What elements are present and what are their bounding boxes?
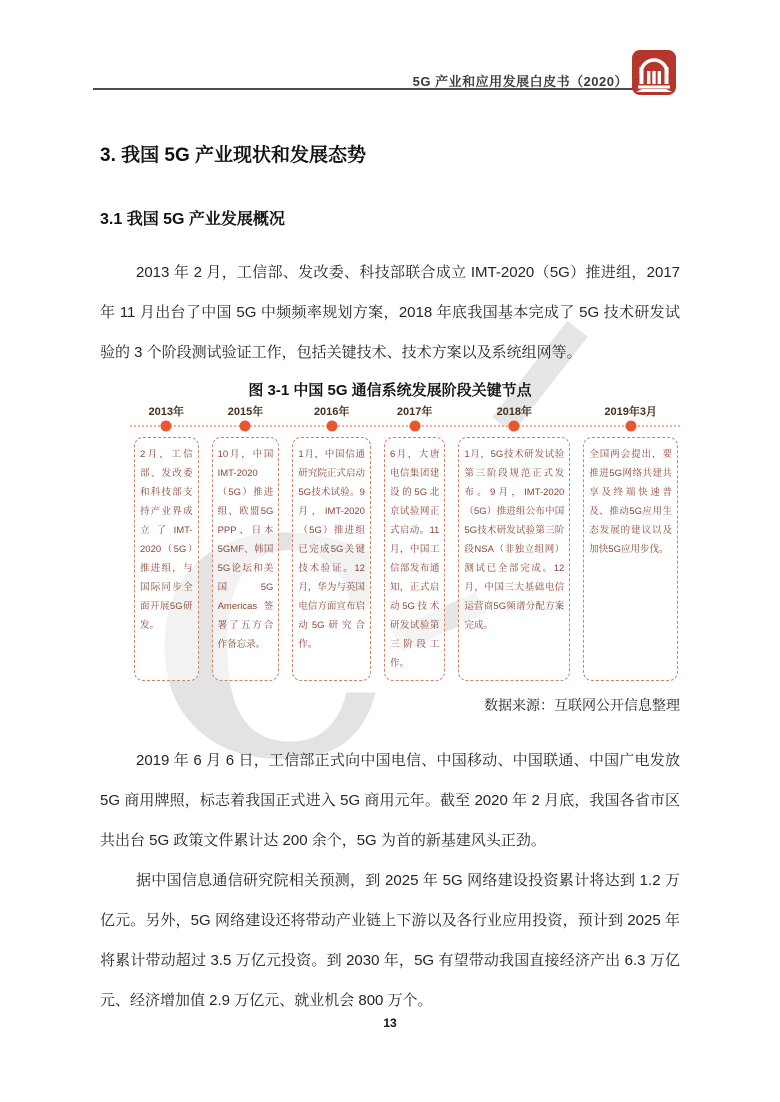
timeline-dot [326, 421, 337, 432]
timeline-column-2016: 2016年 1月，中国信通研究院正式启动5G技术试验。9月，IMT-2020（5… [292, 405, 371, 681]
main-content: 3. 我国 5G 产业现状和发展态势 3.1 我国 5G 产业发展概况 2013… [100, 143, 680, 1021]
milestone-box: 10月，中国IMT-2020（5G）推进组、欧盟5G PPP、日本5GMF、韩国… [212, 437, 280, 681]
caict-building-logo-icon [632, 50, 676, 95]
figure-3-1: 图 3-1 中国 5G 通信系统发展阶段关键节点 2013年 2月，工信部、发改… [100, 381, 680, 715]
year-label: 2017年 [384, 405, 445, 419]
milestone-box: 全国两会提出，要推进5G网络共建共享及终端快速普及、推动5G应用生态发展的建议以… [583, 437, 678, 681]
paragraph-1: 2013 年 2 月，工信部、发改委、科技部联合成立 IMT-2020（5G）推… [100, 253, 680, 373]
page-number: 13 [0, 1016, 780, 1030]
timeline-column-2018: 2018年 1月，5G技术研发试验第三阶段规范正式发布。9月，IMT-2020（… [458, 405, 570, 681]
data-source-note: 数据来源：互联网公开信息整理 [100, 695, 680, 715]
timeline-column-2019-03: 2019年3月 全国两会提出，要推进5G网络共建共享及终端快速普及、推动5G应用… [583, 405, 678, 681]
timeline-dot [509, 421, 520, 432]
timeline-dot [409, 421, 420, 432]
timeline-dot [161, 421, 172, 432]
milestone-box: 2月，工信部、发改委和科技部支持产业界成立了IMT-2020（5G）推进组，与国… [134, 437, 199, 681]
header-title: 5G 产业和应用发展白皮书（2020） [413, 71, 628, 90]
timeline: 2013年 2月，工信部、发改委和科技部支持产业界成立了IMT-2020（5G）… [134, 405, 678, 681]
milestone-box: 1月，5G技术研发试验第三阶段规范正式发布。9月，IMT-2020（5G）推进组… [458, 437, 570, 681]
timeline-column-2015: 2015年 10月，中国IMT-2020（5G）推进组、欧盟5G PPP、日本5… [212, 405, 280, 681]
subsection-heading: 3.1 我国 5G 产业发展概况 [100, 209, 680, 231]
paragraph-3: 据中国信息通信研究院相关预测，到 2025 年 5G 网络建设投资累计将达到 1… [100, 861, 680, 1021]
timeline-column-2017: 2017年 6月，大唐电信集团建设的5G北京试验网正式启动。11月，中国工信部发… [384, 405, 445, 681]
year-label: 2019年3月 [583, 405, 678, 419]
paragraph-2: 2019 年 6 月 6 日，工信部正式向中国电信、中国移动、中国联通、中国广电… [100, 741, 680, 861]
year-label: 2018年 [458, 405, 570, 419]
milestone-box: 6月，大唐电信集团建设的5G北京试验网正式启动。11月，中国工信部发布通知，正式… [384, 437, 445, 681]
section-heading: 3. 我国 5G 产业现状和发展态势 [100, 143, 680, 169]
year-label: 2015年 [212, 405, 280, 419]
milestone-box: 1月，中国信通研究院正式启动5G技术试验。9月，IMT-2020（5G）推进组已… [292, 437, 371, 681]
timeline-dot [625, 421, 636, 432]
figure-title: 图 3-1 中国 5G 通信系统发展阶段关键节点 [100, 381, 680, 401]
year-label: 2013年 [134, 405, 199, 419]
document-page: C 5G 产业和应用发展白皮书（2020） 3. 我国 5G 产业现状和发展态势… [0, 0, 780, 1102]
timeline-column-2013: 2013年 2月，工信部、发改委和科技部支持产业界成立了IMT-2020（5G）… [134, 405, 199, 681]
year-label: 2016年 [292, 405, 371, 419]
timeline-dot [240, 421, 251, 432]
